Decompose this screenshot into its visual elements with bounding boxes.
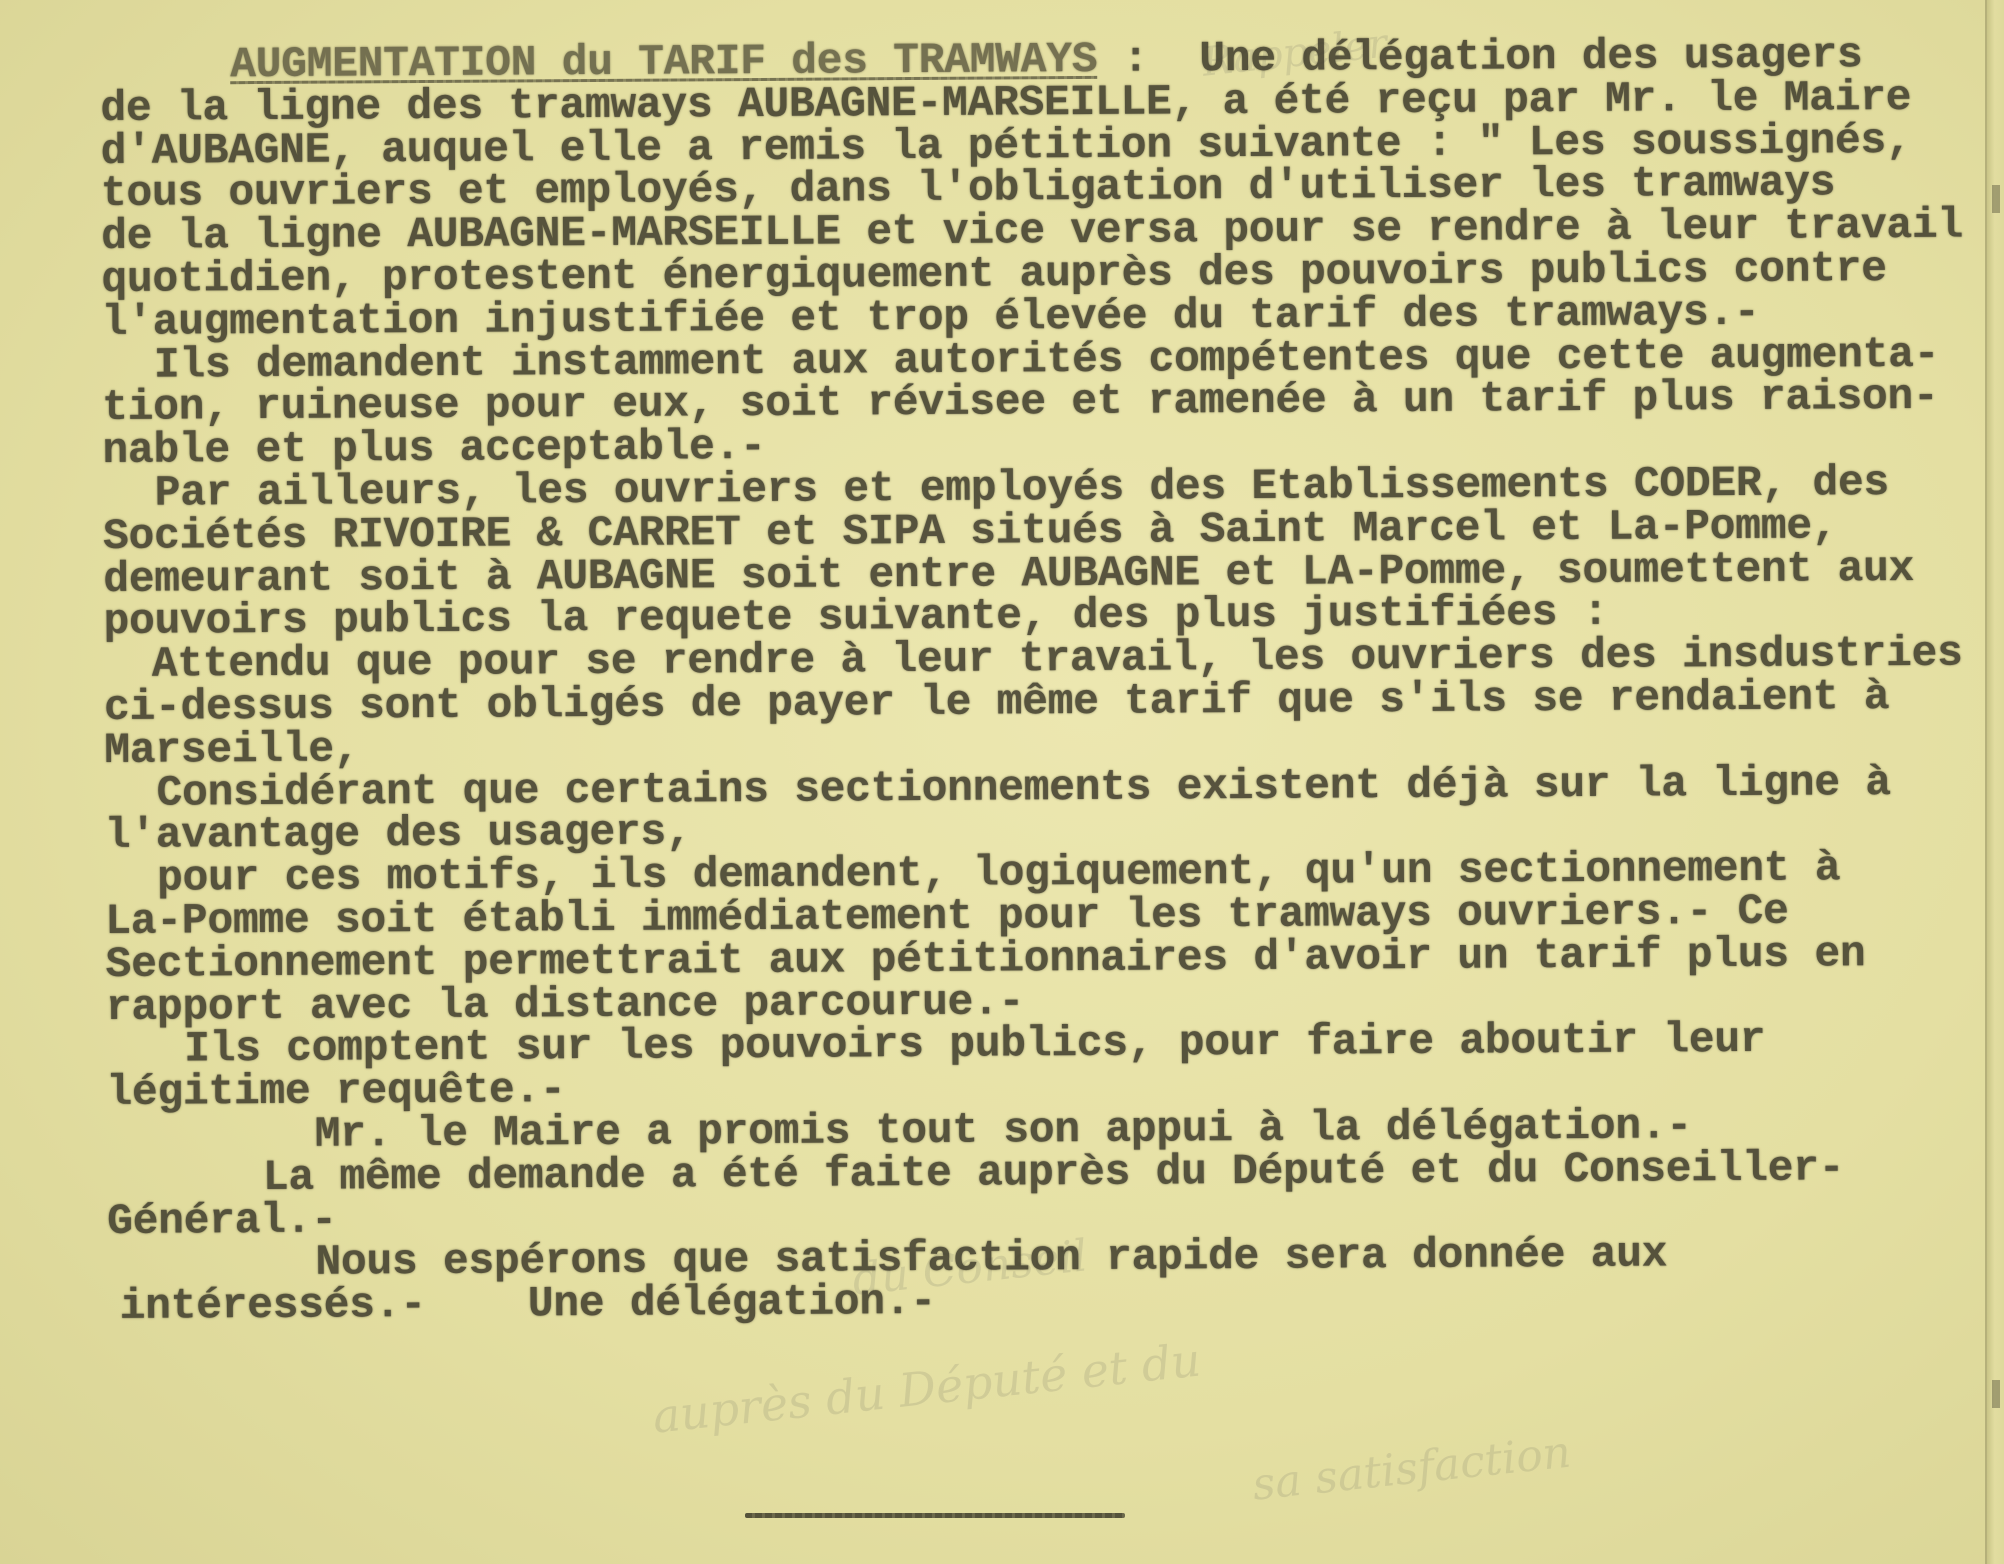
adjacent-page-edge — [1985, 0, 2004, 1564]
typed-article: AUGMENTATION du TARIF des TRAMWAYS : Une… — [100, 34, 1970, 1329]
edge-mark — [1992, 1380, 2000, 1408]
section-separator-line — [745, 1513, 1125, 1518]
edge-mark — [1992, 185, 2000, 213]
